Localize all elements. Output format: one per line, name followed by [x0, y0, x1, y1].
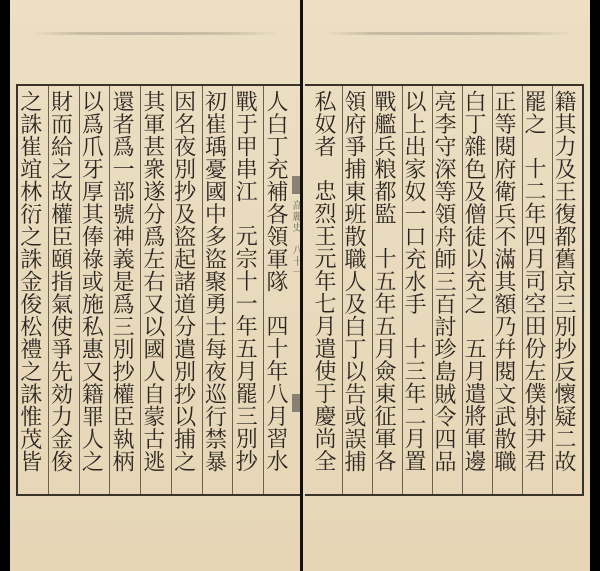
column-text: 亮李守深等領舟師三百討珍島賊令四品 — [432, 90, 456, 473]
column-text: 十三年二月置 — [402, 337, 426, 472]
column-text: 初崔瑀憂國中多盜聚勇士每夜巡行禁暴 — [202, 90, 227, 473]
column-text: 元宗十一年五月罷三別抄 — [232, 225, 257, 473]
text-column: 戰艦兵粮都監十五年五月僉東征軍各 — [372, 86, 402, 494]
column-text: 十五年五月僉東征軍各 — [372, 247, 396, 472]
column-text: 財而給之故權臣頤指氣使爭先効力金俊 — [48, 90, 73, 473]
column-text: 以上出家奴一口充水手 — [402, 90, 426, 315]
text-column: 亮李守深等領舟師三百討珍島賊令四品 — [432, 86, 462, 494]
column-text: 白丁雜色及僧徒以充之 — [462, 90, 486, 315]
column-text: 正等閱府衛兵不滿其額乃幷閱文武散職 — [492, 90, 516, 473]
left-page-frame: 人白丁充補各領軍隊四十年八月習水 戰于甲串江元宗十一年五月罷三別抄 初崔瑀憂國中… — [16, 84, 302, 496]
text-column: 之誅崔竩林衍之誅金俊松禮之誅惟茂皆 — [18, 86, 48, 494]
text-column: 其軍甚衆遂分爲左右又以國人自蒙古逃 — [140, 86, 171, 494]
scan-artifact — [30, 32, 280, 35]
text-column: 初崔瑀憂國中多盜聚勇士每夜巡行禁暴 — [202, 86, 233, 494]
column-text: 忠烈王元年七月遣使于慶尚全 — [313, 180, 336, 473]
right-page: 籍其力及王復都舊京三別抄反懷疑二故 罷之十二年四月司空田份左僕射尹君 正等閱府衛… — [303, 0, 590, 571]
column-text: 人白丁充補各領軍隊 — [263, 90, 288, 293]
text-column: 罷之十二年四月司空田份左僕射尹君 — [522, 86, 552, 494]
column-text: 五月遣將軍邊 — [462, 337, 486, 472]
column-text: 其軍甚衆遂分爲左右又以國人自蒙古逃 — [140, 90, 165, 473]
text-column: 籍其力及王復都舊京三別抄反懷疑二故 — [552, 86, 582, 494]
text-column: 戰于甲串江元宗十一年五月罷三別抄 — [232, 86, 263, 494]
scan-artifact — [323, 32, 573, 35]
column-text: 籍其力及王復都舊京三別抄反懷疑二故 — [552, 90, 576, 473]
text-column: 因名夜別抄及盜起諸道分遣別抄以捕之 — [171, 86, 202, 494]
text-column: 還者爲一部號神義是爲三別抄權臣執柄 — [109, 86, 140, 494]
right-page-frame: 籍其力及王復都舊京三別抄反懷疑二故 罷之十二年四月司空田份左僕射尹君 正等閱府衛… — [305, 84, 584, 496]
right-page-columns: 籍其力及王復都舊京三別抄反懷疑二故 罷之十二年四月司空田份左僕射尹君 正等閱府衛… — [313, 86, 582, 494]
column-text: 還者爲一部號神義是爲三別抄權臣執柄 — [109, 90, 134, 473]
column-text: 戰于甲串江 — [232, 90, 257, 203]
left-page: 人白丁充補各領軍隊四十年八月習水 戰于甲串江元宗十一年五月罷三別抄 初崔瑀憂國中… — [10, 0, 300, 571]
column-text: 因名夜別抄及盜起諸道分遣別抄以捕之 — [171, 90, 196, 473]
text-column: 私奴者忠烈王元年七月遣使于慶尚全 — [313, 86, 342, 494]
column-text: 以爲爪牙厚其俸祿或施私惠又籍罪人之 — [79, 90, 104, 473]
text-column: 以上出家奴一口充水手十三年二月置 — [402, 86, 432, 494]
column-text: 之誅崔竩林衍之誅金俊松禮之誅惟茂皆 — [18, 90, 42, 473]
text-column: 人白丁充補各領軍隊四十年八月習水 — [263, 86, 294, 494]
column-text: 四十年八月習水 — [263, 315, 288, 473]
column-text: 領府爭捕東班散職人及白丁以告或誤捕 — [342, 90, 366, 473]
text-column: 領府爭捕東班散職人及白丁以告或誤捕 — [342, 86, 372, 494]
text-column: 正等閱府衛兵不滿其額乃幷閱文武散職 — [492, 86, 522, 494]
text-column: 財而給之故權臣頤指氣使爭先効力金俊 — [48, 86, 79, 494]
column-text: 私奴者 — [313, 90, 336, 158]
text-column: 以爲爪牙厚其俸祿或施私惠又籍罪人之 — [79, 86, 110, 494]
left-page-columns: 人白丁充補各領軍隊四十年八月習水 戰于甲串江元宗十一年五月罷三別抄 初崔瑀憂國中… — [18, 86, 294, 494]
column-text: 戰艦兵粮都監 — [372, 90, 396, 225]
text-column: 白丁雜色及僧徒以充之五月遣將軍邊 — [462, 86, 492, 494]
column-text: 罷之 — [522, 90, 546, 135]
column-text: 十二年四月司空田份左僕射尹君 — [522, 157, 546, 472]
